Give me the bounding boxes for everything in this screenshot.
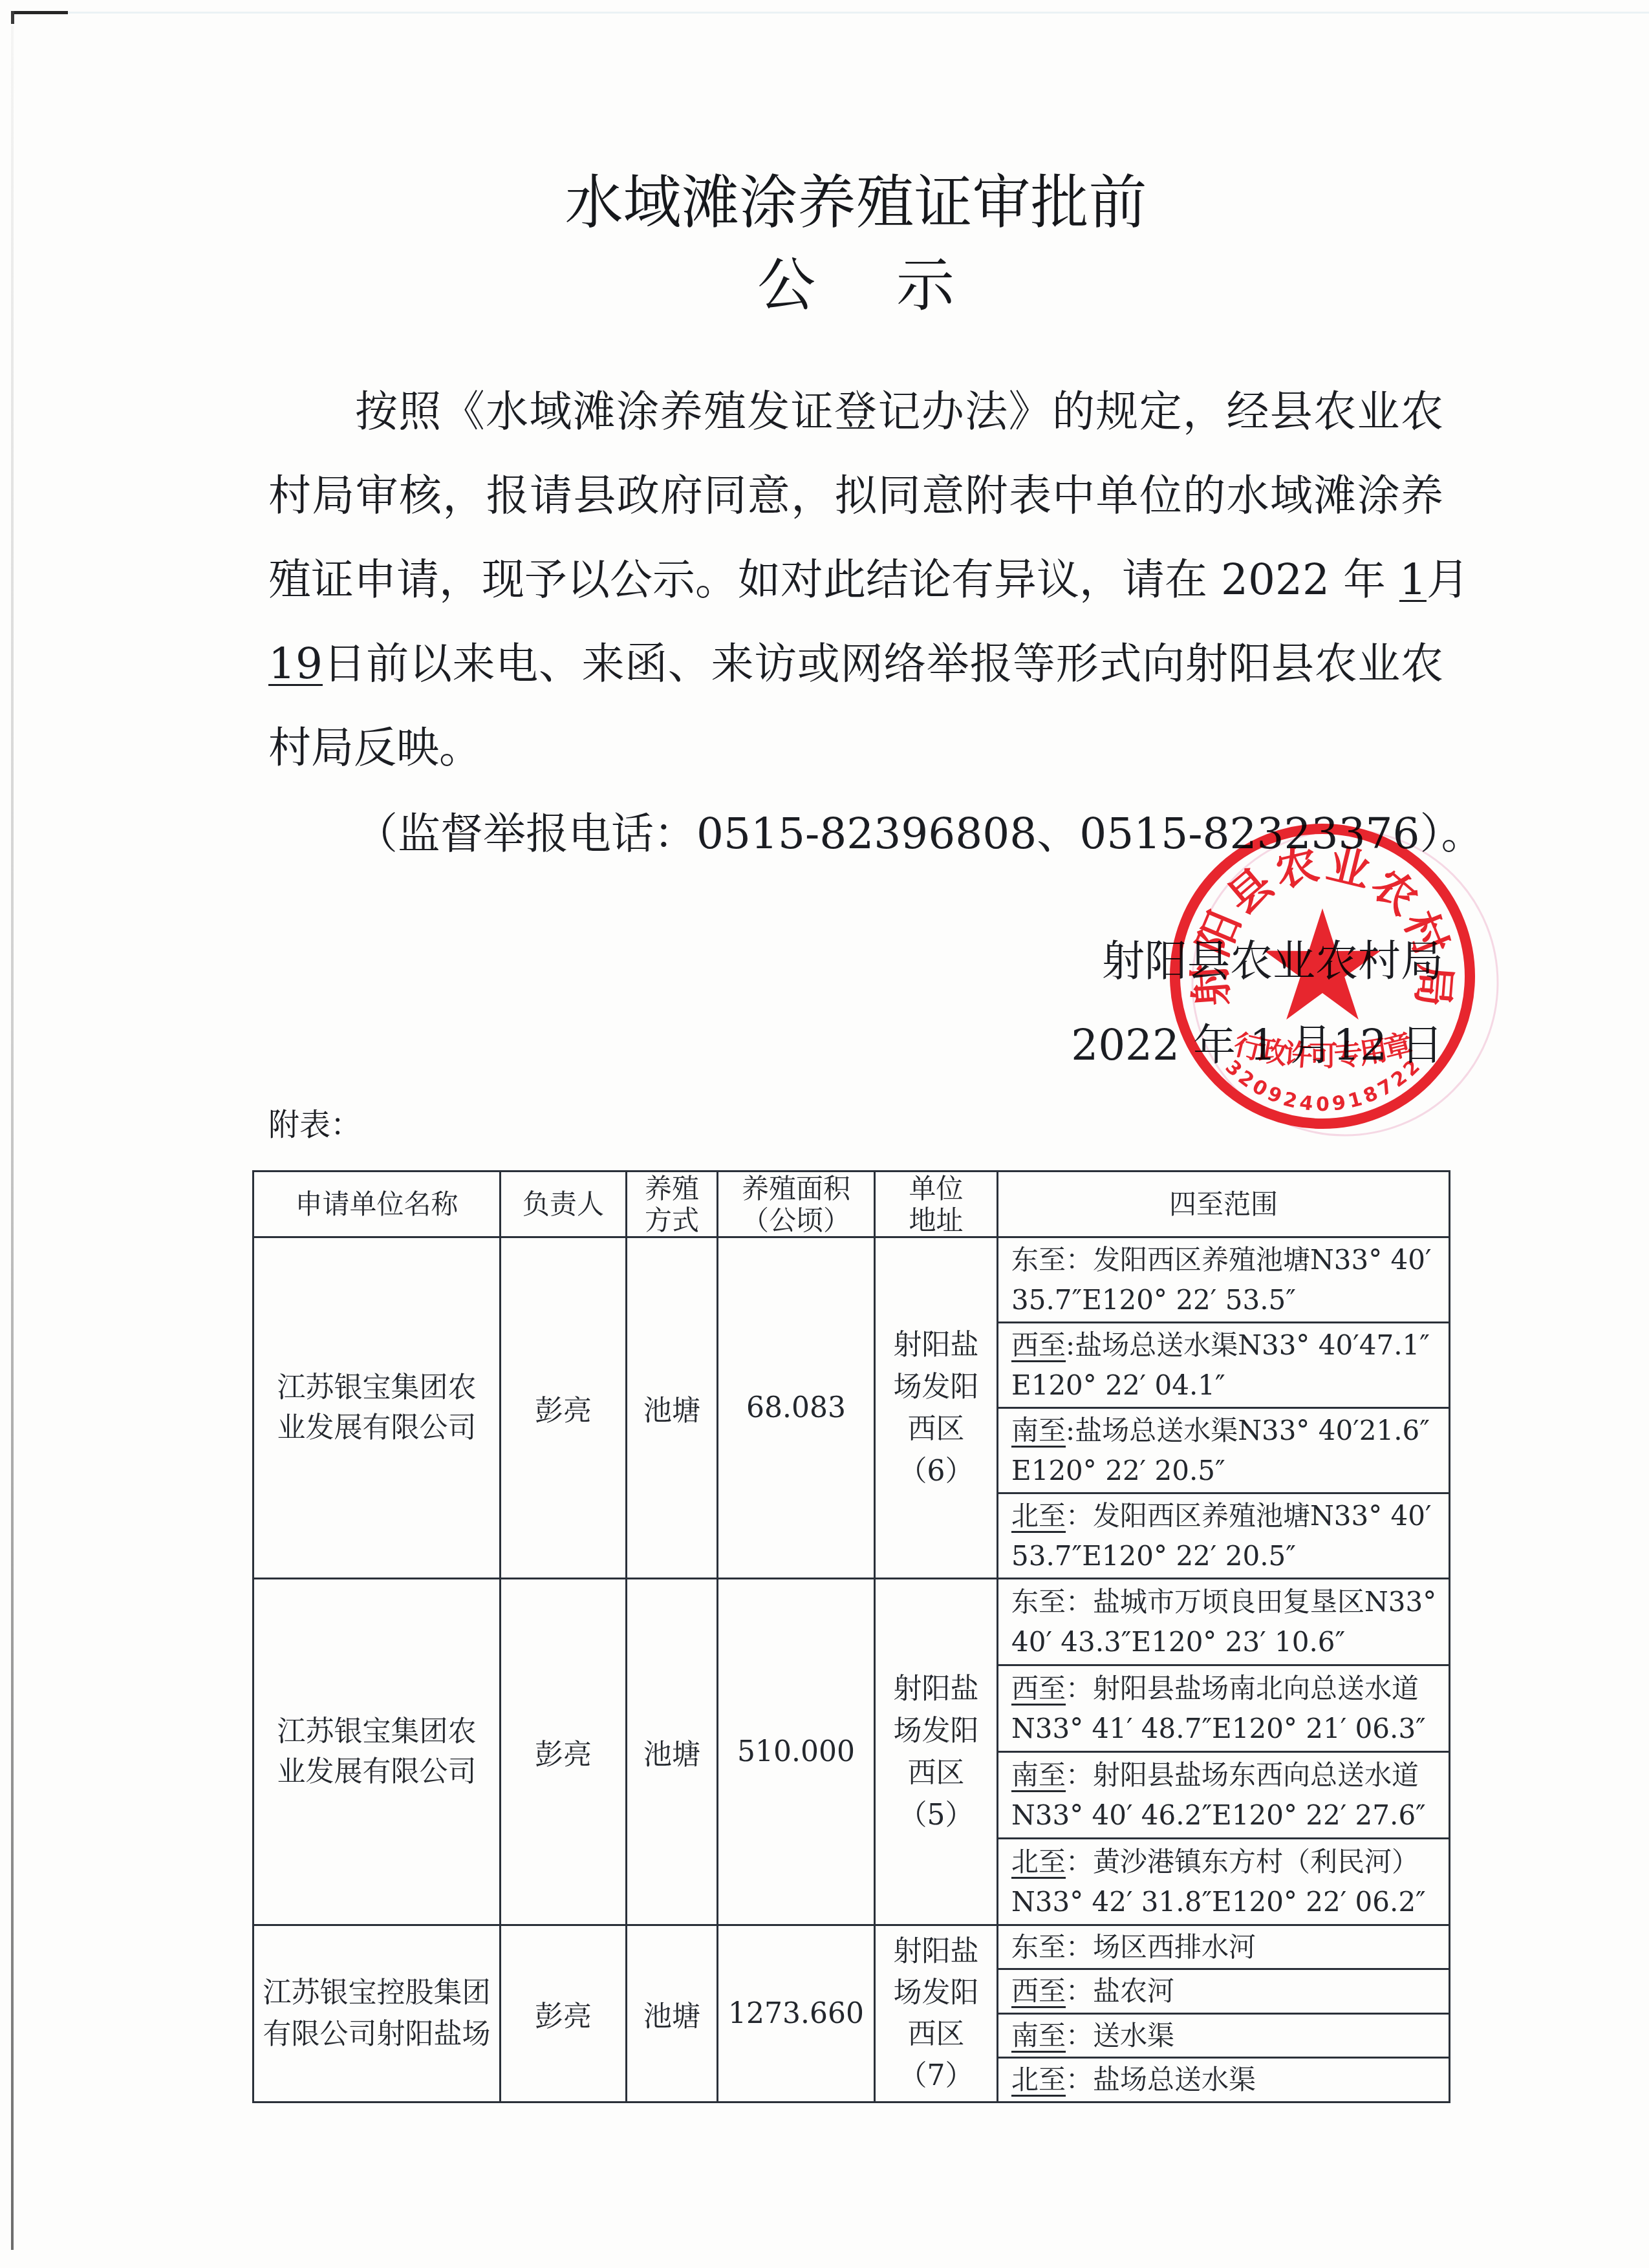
star-icon <box>1264 908 1381 1020</box>
boundary-text: ：黄沙港镇东方村（利民河） <box>1066 1846 1419 1878</box>
row-3-area: 1273.660 <box>718 1926 876 2103</box>
header-address: 单位 地址 <box>876 1172 998 1238</box>
boundary-coordinates: 53.7″E120° 22′ 20.5″ <box>1011 1536 1296 1576</box>
header-label: 单位 <box>909 1173 963 1204</box>
row-3-boundary-north: 北至：盐场总送水渠 <box>998 2059 1450 2103</box>
applicant-line: 江苏银宝集团农 <box>277 1712 477 1752</box>
applicant-line: 业发展有限公司 <box>277 1752 477 1792</box>
boundary-text: ：发阳西区养殖池塘N33° 40′ <box>1066 1500 1432 1532</box>
address-line: 射阳盐 <box>894 1668 979 1710</box>
applicant-line: 业发展有限公司 <box>277 1408 477 1448</box>
boundary-direction: 东至 <box>1011 1244 1066 1276</box>
address-line: 射阳盐 <box>894 1324 979 1366</box>
boundary-text: :盐场总送水渠N33° 40′47.1″ <box>1066 1329 1430 1361</box>
row-3-boundary-south: 南至：送水渠 <box>998 2015 1450 2059</box>
boundary-direction: 北至 <box>1011 2064 1066 2095</box>
header-label: （公顷） <box>742 1204 850 1236</box>
row-3-applicant: 江苏银宝控股集团 有限公司射阳盐场 <box>254 1926 501 2103</box>
notice-line-4-text: 日前以来电、来函、来访或网络举报等形式向射阳县农业农 <box>323 639 1443 689</box>
header-label: 申请单位名称 <box>295 1188 458 1220</box>
scan-artifact-top-edge <box>68 12 1649 14</box>
header-label: 地址 <box>909 1204 963 1236</box>
applicant-line: 江苏银宝控股集团 <box>263 1973 491 2014</box>
boundary-text: ：送水渠 <box>1066 2020 1174 2051</box>
boundary-direction: 西至 <box>1011 1329 1066 1361</box>
row-2-boundary-north: 北至：黄沙港镇东方村（利民河） N33° 42′ 31.8″E120° 22′ … <box>998 1839 1450 1926</box>
boundary-direction: 东至 <box>1011 1586 1066 1618</box>
notice-line-3-text: 殖证申请，现予以公示。如对此结论有异议，请在 2022 年 <box>268 555 1399 604</box>
row-3-address: 射阳盐 场发阳 西区 （7） <box>876 1926 998 2103</box>
row-2-area: 510.000 <box>718 1579 876 1926</box>
address-line: 场发阳 <box>894 1710 979 1752</box>
header-label: 养殖面积 <box>742 1173 850 1204</box>
row-2-method: 池塘 <box>627 1579 718 1926</box>
notice-line-3: 殖证申请，现予以公示。如对此结论有异议，请在 2022 年 1月 <box>268 551 1443 609</box>
row-2-address: 射阳盐 场发阳 西区 （5） <box>876 1579 998 1926</box>
boundary-coordinates: 35.7″E120° 22′ 53.5″ <box>1011 1280 1296 1320</box>
scan-artifact-corner <box>11 11 68 14</box>
notice-line-4: 19日前以来电、来函、来访或网络举报等形式向射阳县农业农 <box>268 635 1443 693</box>
header-applicant: 申请单位名称 <box>254 1172 501 1238</box>
boundary-direction: 南至 <box>1011 1759 1066 1791</box>
row-1-boundary-east: 东至：发阳西区养殖池塘N33° 40′ 35.7″E120° 22′ 53.5″ <box>998 1238 1450 1323</box>
row-2-applicant: 江苏银宝集团农 业发展有限公司 <box>254 1579 501 1926</box>
deadline-day: 19 <box>268 639 323 689</box>
boundary-coordinates: N33° 41′ 48.7″E120° 21′ 06.3″ <box>1011 1709 1426 1749</box>
row-1-applicant: 江苏银宝集团农 业发展有限公司 <box>254 1238 501 1579</box>
document-subtitle: 公示 <box>268 250 1443 321</box>
boundary-direction: 北至 <box>1011 1846 1066 1878</box>
address-line: 西区 <box>908 2014 965 2055</box>
notice-line-3-month-suffix: 月 <box>1427 555 1469 604</box>
address-line: （6） <box>899 1450 974 1492</box>
boundary-coordinates: 40′ 43.3″E120° 23′ 10.6″ <box>1011 1622 1345 1662</box>
boundary-text: ：盐场总送水渠 <box>1066 2064 1256 2095</box>
header-label: 养殖 <box>645 1173 699 1204</box>
header-boundaries: 四至范围 <box>998 1172 1450 1238</box>
header-area: 养殖面积 （公顷） <box>718 1172 876 1238</box>
boundary-direction: 北至 <box>1011 1500 1066 1532</box>
document-title: 水域滩涂养殖证审批前 <box>268 167 1443 239</box>
row-1-address: 射阳盐 场发阳 西区 （6） <box>876 1238 998 1579</box>
row-3-person: 彭亮 <box>501 1926 627 2103</box>
boundary-direction: 南至 <box>1011 2020 1066 2051</box>
applicant-line: 有限公司射阳盐场 <box>263 2014 491 2055</box>
boundary-coordinates: E120° 22′ 04.1″ <box>1011 1365 1225 1406</box>
applicant-line: 江苏银宝集团农 <box>277 1368 477 1408</box>
seal-purpose: 行政许可专用章 <box>1231 1028 1416 1073</box>
boundary-coordinates: E120° 22′ 20.5″ <box>1011 1451 1225 1491</box>
seal-purpose-text: 行政许可专用章 <box>1231 1028 1416 1073</box>
document-page: 水域滩涂养殖证审批前 公示 按照《水域滩涂养殖发证登记办法》的规定，经县农业农 … <box>0 0 1649 2268</box>
official-seal-stamp: 射阳县农业农村局 行政许可专用章 3209240918722 <box>1151 805 1526 1167</box>
notice-line-5: 村局反映。 <box>268 719 1443 777</box>
row-1-area: 68.083 <box>718 1238 876 1579</box>
row-3-boundary-west: 西至：盐农河 <box>998 1970 1450 2015</box>
row-2-person: 彭亮 <box>501 1579 627 1926</box>
row-1-method: 池塘 <box>627 1238 718 1579</box>
row-1-person: 彭亮 <box>501 1238 627 1579</box>
attachment-table: 申请单位名称 负责人 养殖 方式 养殖面积 （公顷） 单位 地址 四至范围 江苏… <box>252 1170 1450 2103</box>
address-line: 场发阳 <box>894 1973 979 2014</box>
address-line: 射阳盐 <box>894 1931 979 1973</box>
header-label: 方式 <box>645 1204 699 1236</box>
row-1-boundary-north: 北至：发阳西区养殖池塘N33° 40′ 53.7″E120° 22′ 20.5″ <box>998 1494 1450 1579</box>
deadline-month: 1 <box>1399 555 1427 604</box>
row-2-boundary-east: 东至：盐城市万顷良田复垦区N33° 40′ 43.3″E120° 23′ 10.… <box>998 1579 1450 1666</box>
header-person: 负责人 <box>501 1172 627 1238</box>
hotline-separator: 、 <box>1037 809 1079 859</box>
row-1-boundary-south: 南至:盐场总送水渠N33° 40′21.6″ E120° 22′ 20.5″ <box>998 1409 1450 1494</box>
attachment-label: 附表： <box>268 1102 361 1148</box>
address-line: （7） <box>899 2055 974 2097</box>
header-method: 养殖 方式 <box>627 1172 718 1238</box>
boundary-text: ：发阳西区养殖池塘N33° 40′ <box>1066 1244 1432 1276</box>
header-label: 四至范围 <box>1169 1188 1278 1220</box>
hotline-label: （监督举报电话： <box>355 809 696 859</box>
address-line: （5） <box>899 1794 974 1836</box>
hotline-number-1: 0515-82396808 <box>696 809 1037 859</box>
boundary-direction: 南至 <box>1011 1415 1066 1446</box>
row-2-boundary-west: 西至：射阳县盐场南北向总送水道 N33° 41′ 48.7″E120° 21′ … <box>998 1666 1450 1753</box>
address-line: 场发阳 <box>894 1366 979 1408</box>
boundary-coordinates: N33° 42′ 31.8″E120° 22′ 06.2″ <box>1011 1882 1426 1922</box>
address-line: 西区 <box>908 1408 965 1450</box>
row-1-boundary-west: 西至:盐场总送水渠N33° 40′47.1″ E120° 22′ 04.1″ <box>998 1323 1450 1409</box>
boundary-direction: 西至 <box>1011 1975 1066 2007</box>
row-2-boundary-south: 南至：射阳县盐场东西向总送水道 N33° 40′ 46.2″E120° 22′ … <box>998 1753 1450 1839</box>
boundary-text: ：场区西排水河 <box>1066 1931 1256 1963</box>
notice-line-2: 村局审核，报请县政府同意，拟同意附表中单位的水域滩涂养 <box>268 467 1443 525</box>
row-3-boundary-east: 东至：场区西排水河 <box>998 1926 1450 1970</box>
notice-line-1: 按照《水域滩涂养殖发证登记办法》的规定，经县农业农 <box>355 383 1443 441</box>
boundary-text: ：盐城市万顷良田复垦区N33° <box>1066 1586 1436 1618</box>
scan-artifact-left-edge <box>11 26 14 2250</box>
address-line: 西区 <box>908 1752 965 1794</box>
boundary-direction: 西至 <box>1011 1673 1066 1704</box>
boundary-coordinates: N33° 40′ 46.2″E120° 22′ 27.6″ <box>1011 1795 1426 1835</box>
boundary-direction: 东至 <box>1011 1931 1066 1963</box>
boundary-text: ：盐农河 <box>1066 1975 1174 2007</box>
header-label: 负责人 <box>523 1188 604 1220</box>
scan-artifact-corner-vertical <box>11 11 14 24</box>
boundary-text: ：射阳县盐场南北向总送水道 <box>1066 1673 1419 1704</box>
boundary-text: ：射阳县盐场东西向总送水道 <box>1066 1759 1419 1791</box>
boundary-text: :盐场总送水渠N33° 40′21.6″ <box>1066 1415 1430 1446</box>
row-3-method: 池塘 <box>627 1926 718 2103</box>
